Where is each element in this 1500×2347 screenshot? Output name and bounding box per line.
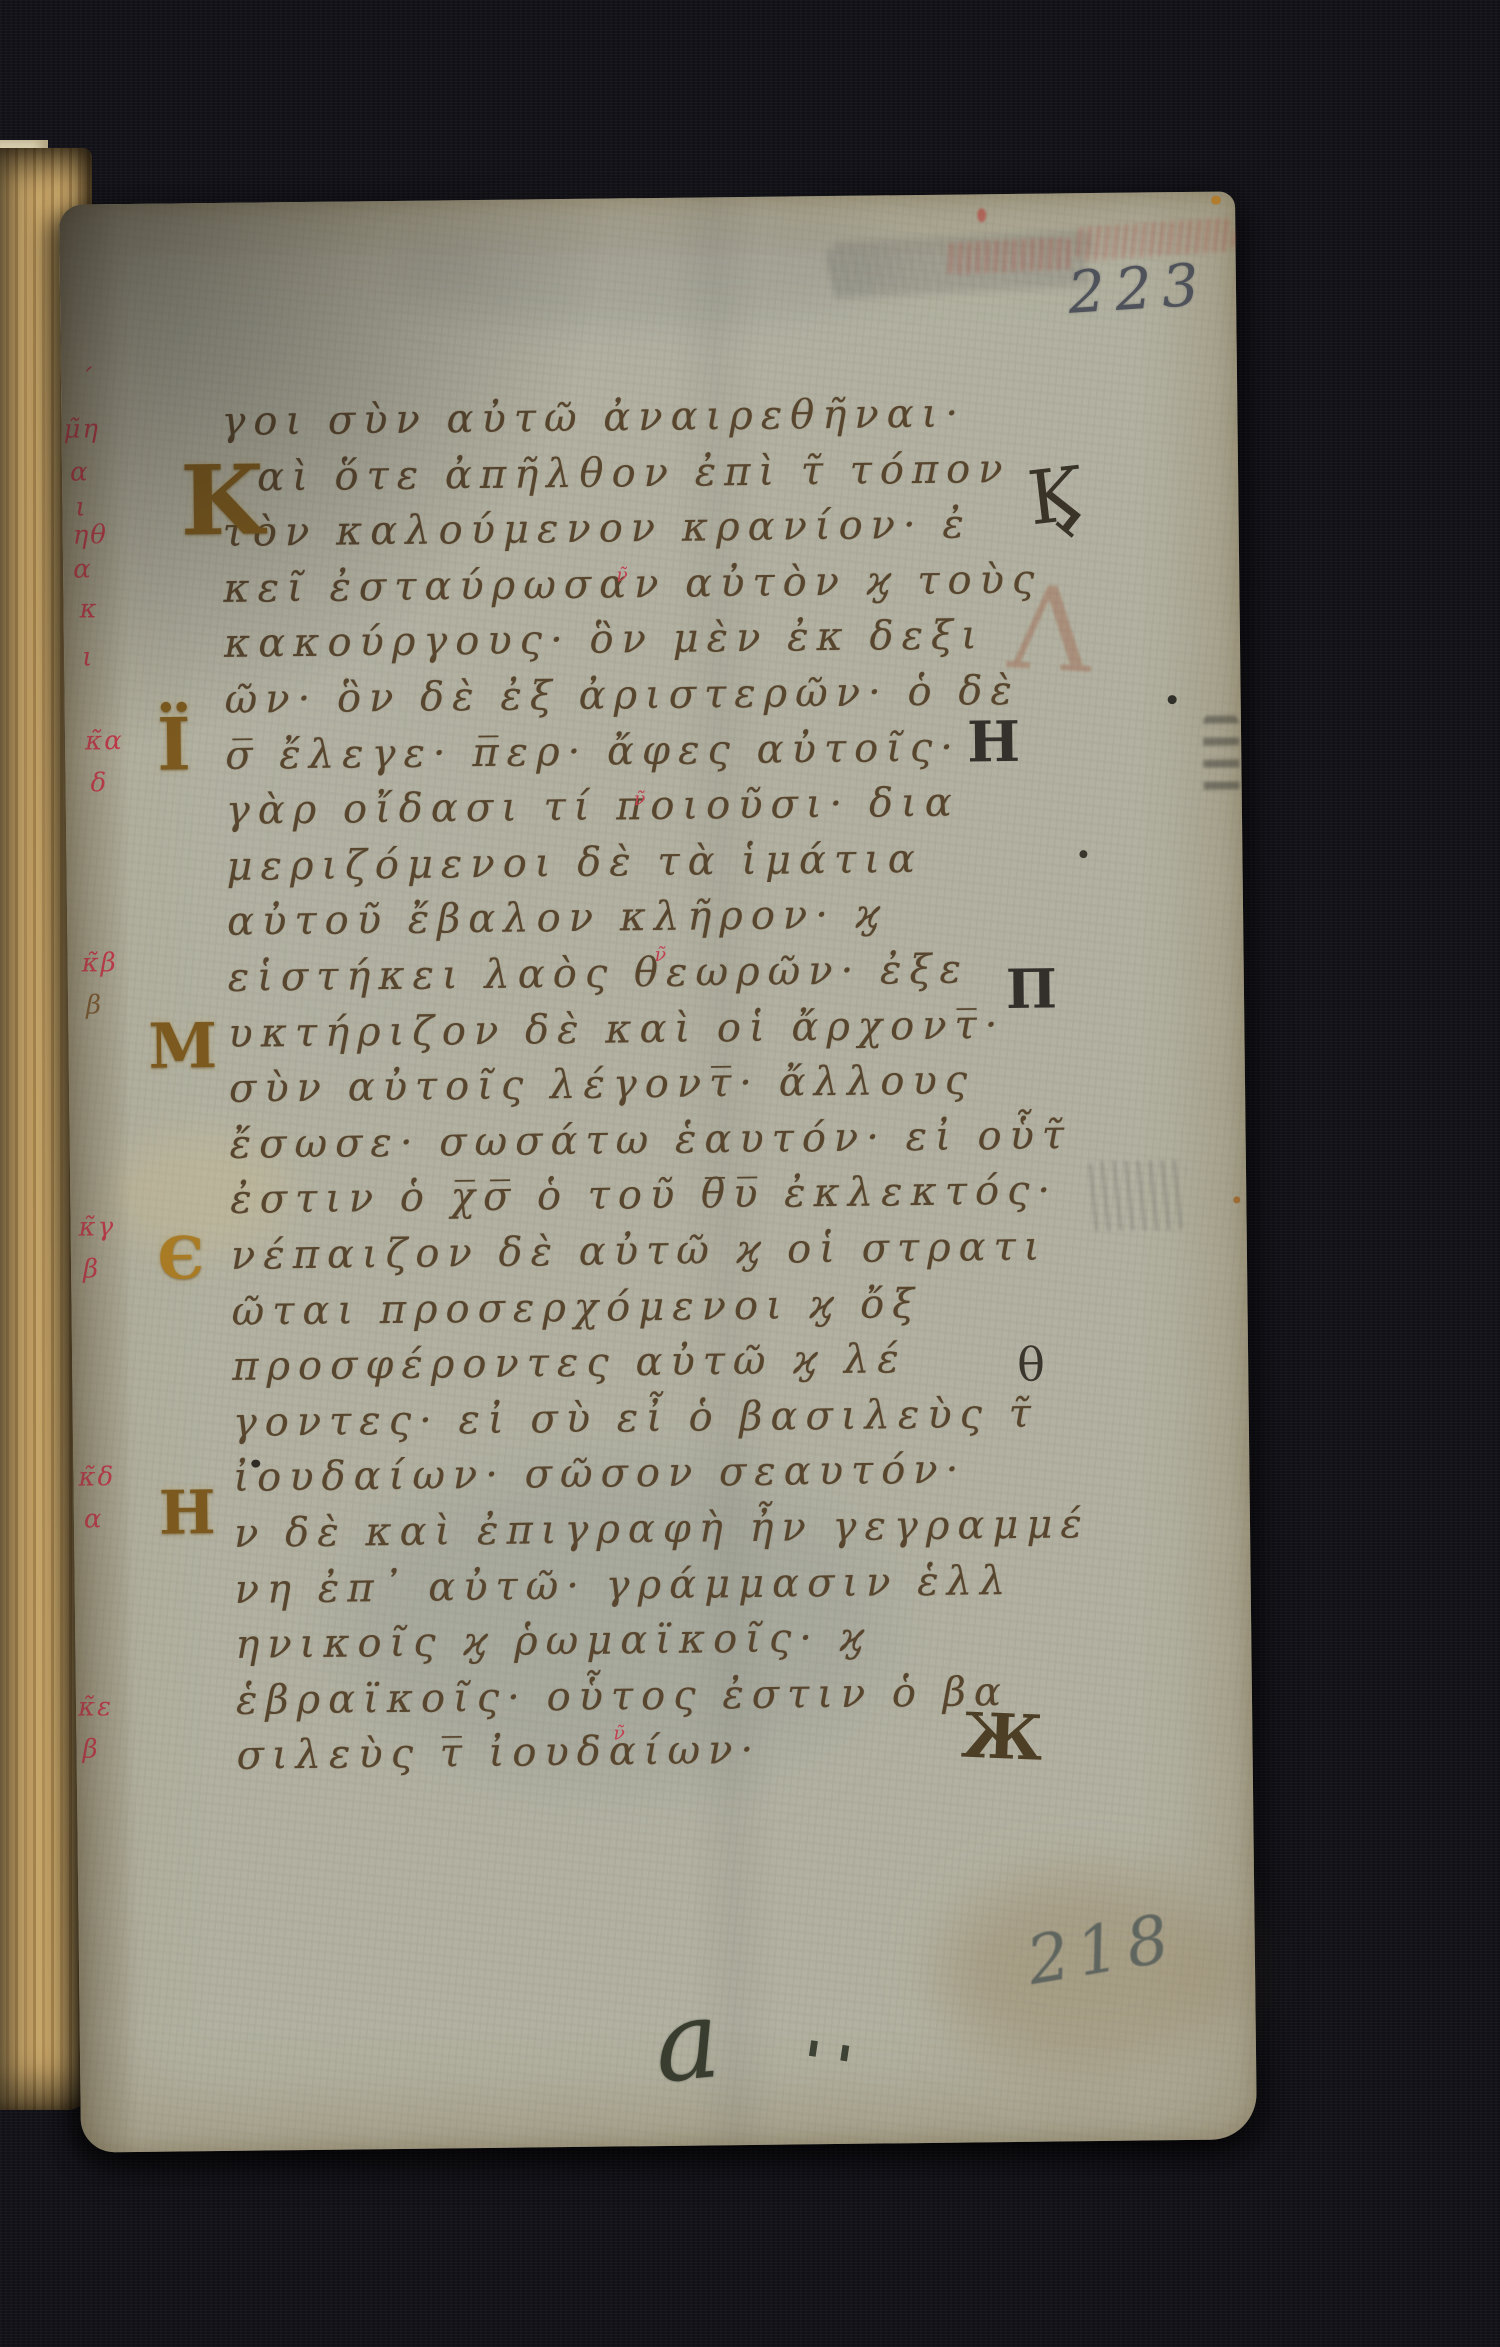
manuscript-page: 223 218 a '' γοι σὺν αὐτῶ ἀναιρεθῆναι·αὶ… (59, 191, 1257, 2152)
photograph-of-manuscript: 223 218 a '' γοι σὺν αὐτῶ ἀναιρεθῆναι·αὶ… (0, 0, 1500, 2347)
binding-shadow (59, 191, 1257, 2152)
